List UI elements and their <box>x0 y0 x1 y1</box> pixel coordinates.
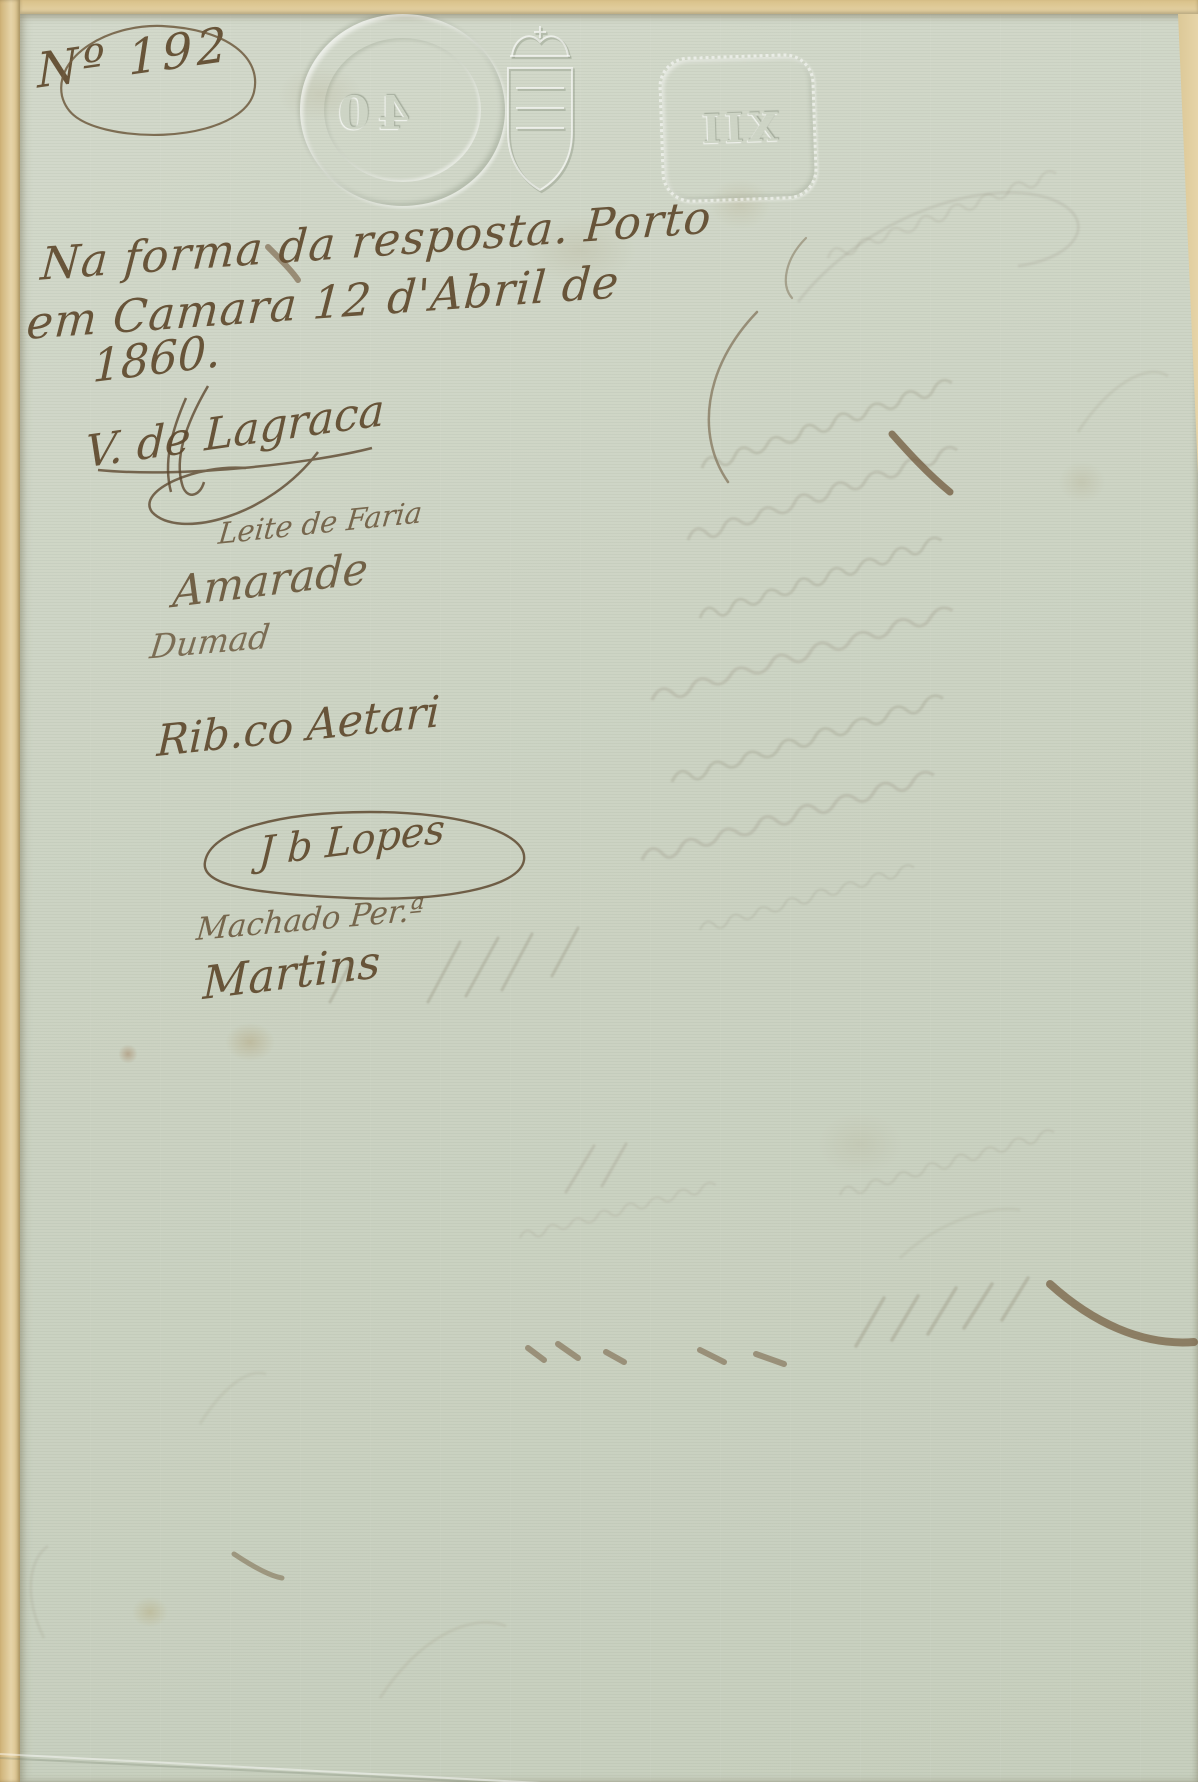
adjacent-page-edge-top <box>20 0 1198 14</box>
stamp-40-value: 40 <box>330 86 410 140</box>
embossed-octagon-stamp-xii: XII <box>657 52 818 203</box>
scanned-document-photo: 40 XII Nº 192 Na forma da resposta. Port… <box>0 0 1198 1782</box>
stamp-xii-value: XII <box>697 103 779 153</box>
adjacent-page-edge-left <box>0 0 20 1782</box>
embossed-crown-crest-stamp <box>470 12 610 202</box>
